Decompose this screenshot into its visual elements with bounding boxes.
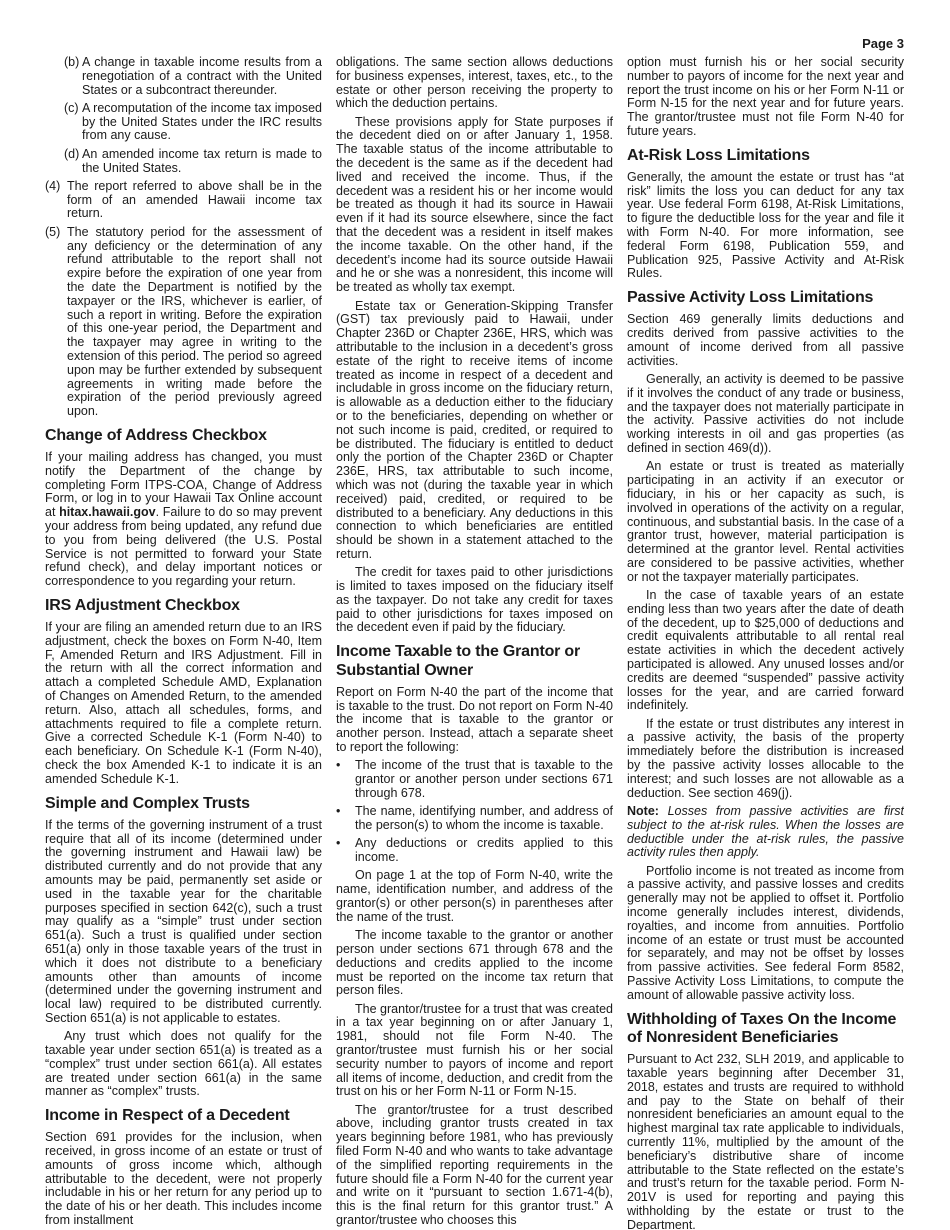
columns-container: (b) A change in taxable income results f… [45, 56, 905, 1230]
paragraph: If your mailing address has changed, you… [45, 451, 322, 589]
paragraph: An estate or trust is treated as materia… [627, 460, 904, 584]
paragraph: Section 691 provides for the inclusion, … [45, 1131, 322, 1228]
heading-withholding-nonresident-beneficiaries: Withholding of Taxes On the Income of No… [627, 1011, 904, 1048]
document-page: Page 3 (b) A change in taxable income re… [0, 0, 950, 1230]
paragraph: If your are filing an amended return due… [45, 621, 322, 787]
heading-passive-activity-loss-limitations: Passive Activity Loss Limitations [627, 289, 904, 308]
list-item-label: (c) [64, 102, 82, 143]
list-item: (c) A recomputation of the income tax im… [45, 102, 322, 143]
paragraph: The credit for taxes paid to other juris… [336, 566, 613, 635]
list-item-text: The income of the trust that is taxable … [355, 759, 613, 800]
list-item-text: An amended income tax return is made to … [82, 148, 322, 176]
paragraph: These provisions apply for State purpose… [336, 116, 613, 295]
note-text: Losses from passive activities are first… [627, 804, 904, 859]
list-item-label: (4) [45, 180, 67, 221]
list-item-label: (b) [64, 56, 82, 97]
paragraph: Section 469 generally limits deductions … [627, 313, 904, 368]
paragraph: The income taxable to the grantor or ano… [336, 929, 613, 998]
paragraph: In the case of taxable years of an estat… [627, 589, 904, 713]
paragraph: The grantor/trustee for a trust that was… [336, 1003, 613, 1100]
column-middle: obligations. The same section allows ded… [336, 56, 613, 1230]
heading-income-in-respect-of-a-decedent: Income in Respect of a Decedent [45, 1107, 322, 1126]
paragraph: Estate tax or Generation-Skipping Transf… [336, 300, 613, 562]
heading-irs-adjustment-checkbox: IRS Adjustment Checkbox [45, 597, 322, 616]
list-item: (5) The statutory period for the assessm… [45, 226, 322, 419]
list-item-text: Any deductions or credits applied to thi… [355, 837, 613, 865]
heading-change-of-address-checkbox: Change of Address Checkbox [45, 427, 322, 446]
bullet-list-item: • The name, identifying number, and addr… [336, 805, 613, 833]
list-item-label: (d) [64, 148, 82, 176]
bullet-icon: • [336, 759, 355, 800]
paragraph: If the estate or trust distributes any i… [627, 718, 904, 801]
paragraph: Any trust which does not qualify for the… [45, 1030, 322, 1099]
column-right: option must furnish his or her social se… [627, 56, 904, 1230]
paragraph: Generally, an activity is deemed to be p… [627, 373, 904, 456]
paragraph: Pursuant to Act 232, SLH 2019, and appli… [627, 1053, 904, 1230]
list-item-text: A recomputation of the income tax impose… [82, 102, 322, 143]
paragraph: Portfolio income is not treated as incom… [627, 865, 904, 1003]
list-item: (b) A change in taxable income results f… [45, 56, 322, 97]
heading-at-risk-loss-limitations: At-Risk Loss Limitations [627, 147, 904, 166]
bullet-list-item: • Any deductions or credits applied to t… [336, 837, 613, 865]
heading-income-taxable-to-grantor: Income Taxable to the Grantor or Substan… [336, 643, 613, 680]
paragraph: Generally, the amount the estate or trus… [627, 171, 904, 281]
bullet-list-item: • The income of the trust that is taxabl… [336, 759, 613, 800]
paragraph: Report on Form N-40 the part of the inco… [336, 686, 613, 755]
list-item-text: The report referred to above shall be in… [67, 180, 322, 221]
list-item-label: (5) [45, 226, 67, 419]
paragraph: option must furnish his or her social se… [627, 56, 904, 139]
heading-simple-and-complex-trusts: Simple and Complex Trusts [45, 795, 322, 814]
list-item-text: The name, identifying number, and addres… [355, 805, 613, 833]
hitax-url-bold-text: hitax.hawaii.gov [59, 505, 156, 519]
paragraph: obligations. The same section allows ded… [336, 56, 613, 111]
bullet-icon: • [336, 837, 355, 865]
note-paragraph: Note: Losses from passive activities are… [627, 805, 904, 860]
list-item: (d) An amended income tax return is made… [45, 148, 322, 176]
paragraph: On page 1 at the top of Form N-40, write… [336, 869, 613, 924]
page-number: Page 3 [862, 36, 904, 51]
list-item-text: The statutory period for the assessment … [67, 226, 322, 419]
list-item: (4) The report referred to above shall b… [45, 180, 322, 221]
column-left: (b) A change in taxable income results f… [45, 56, 322, 1230]
bullet-icon: • [336, 805, 355, 833]
note-label: Note: [627, 804, 659, 818]
paragraph: If the terms of the governing instrument… [45, 819, 322, 1026]
paragraph: The grantor/trustee for a trust describe… [336, 1104, 613, 1228]
list-item-text: A change in taxable income results from … [82, 56, 322, 97]
